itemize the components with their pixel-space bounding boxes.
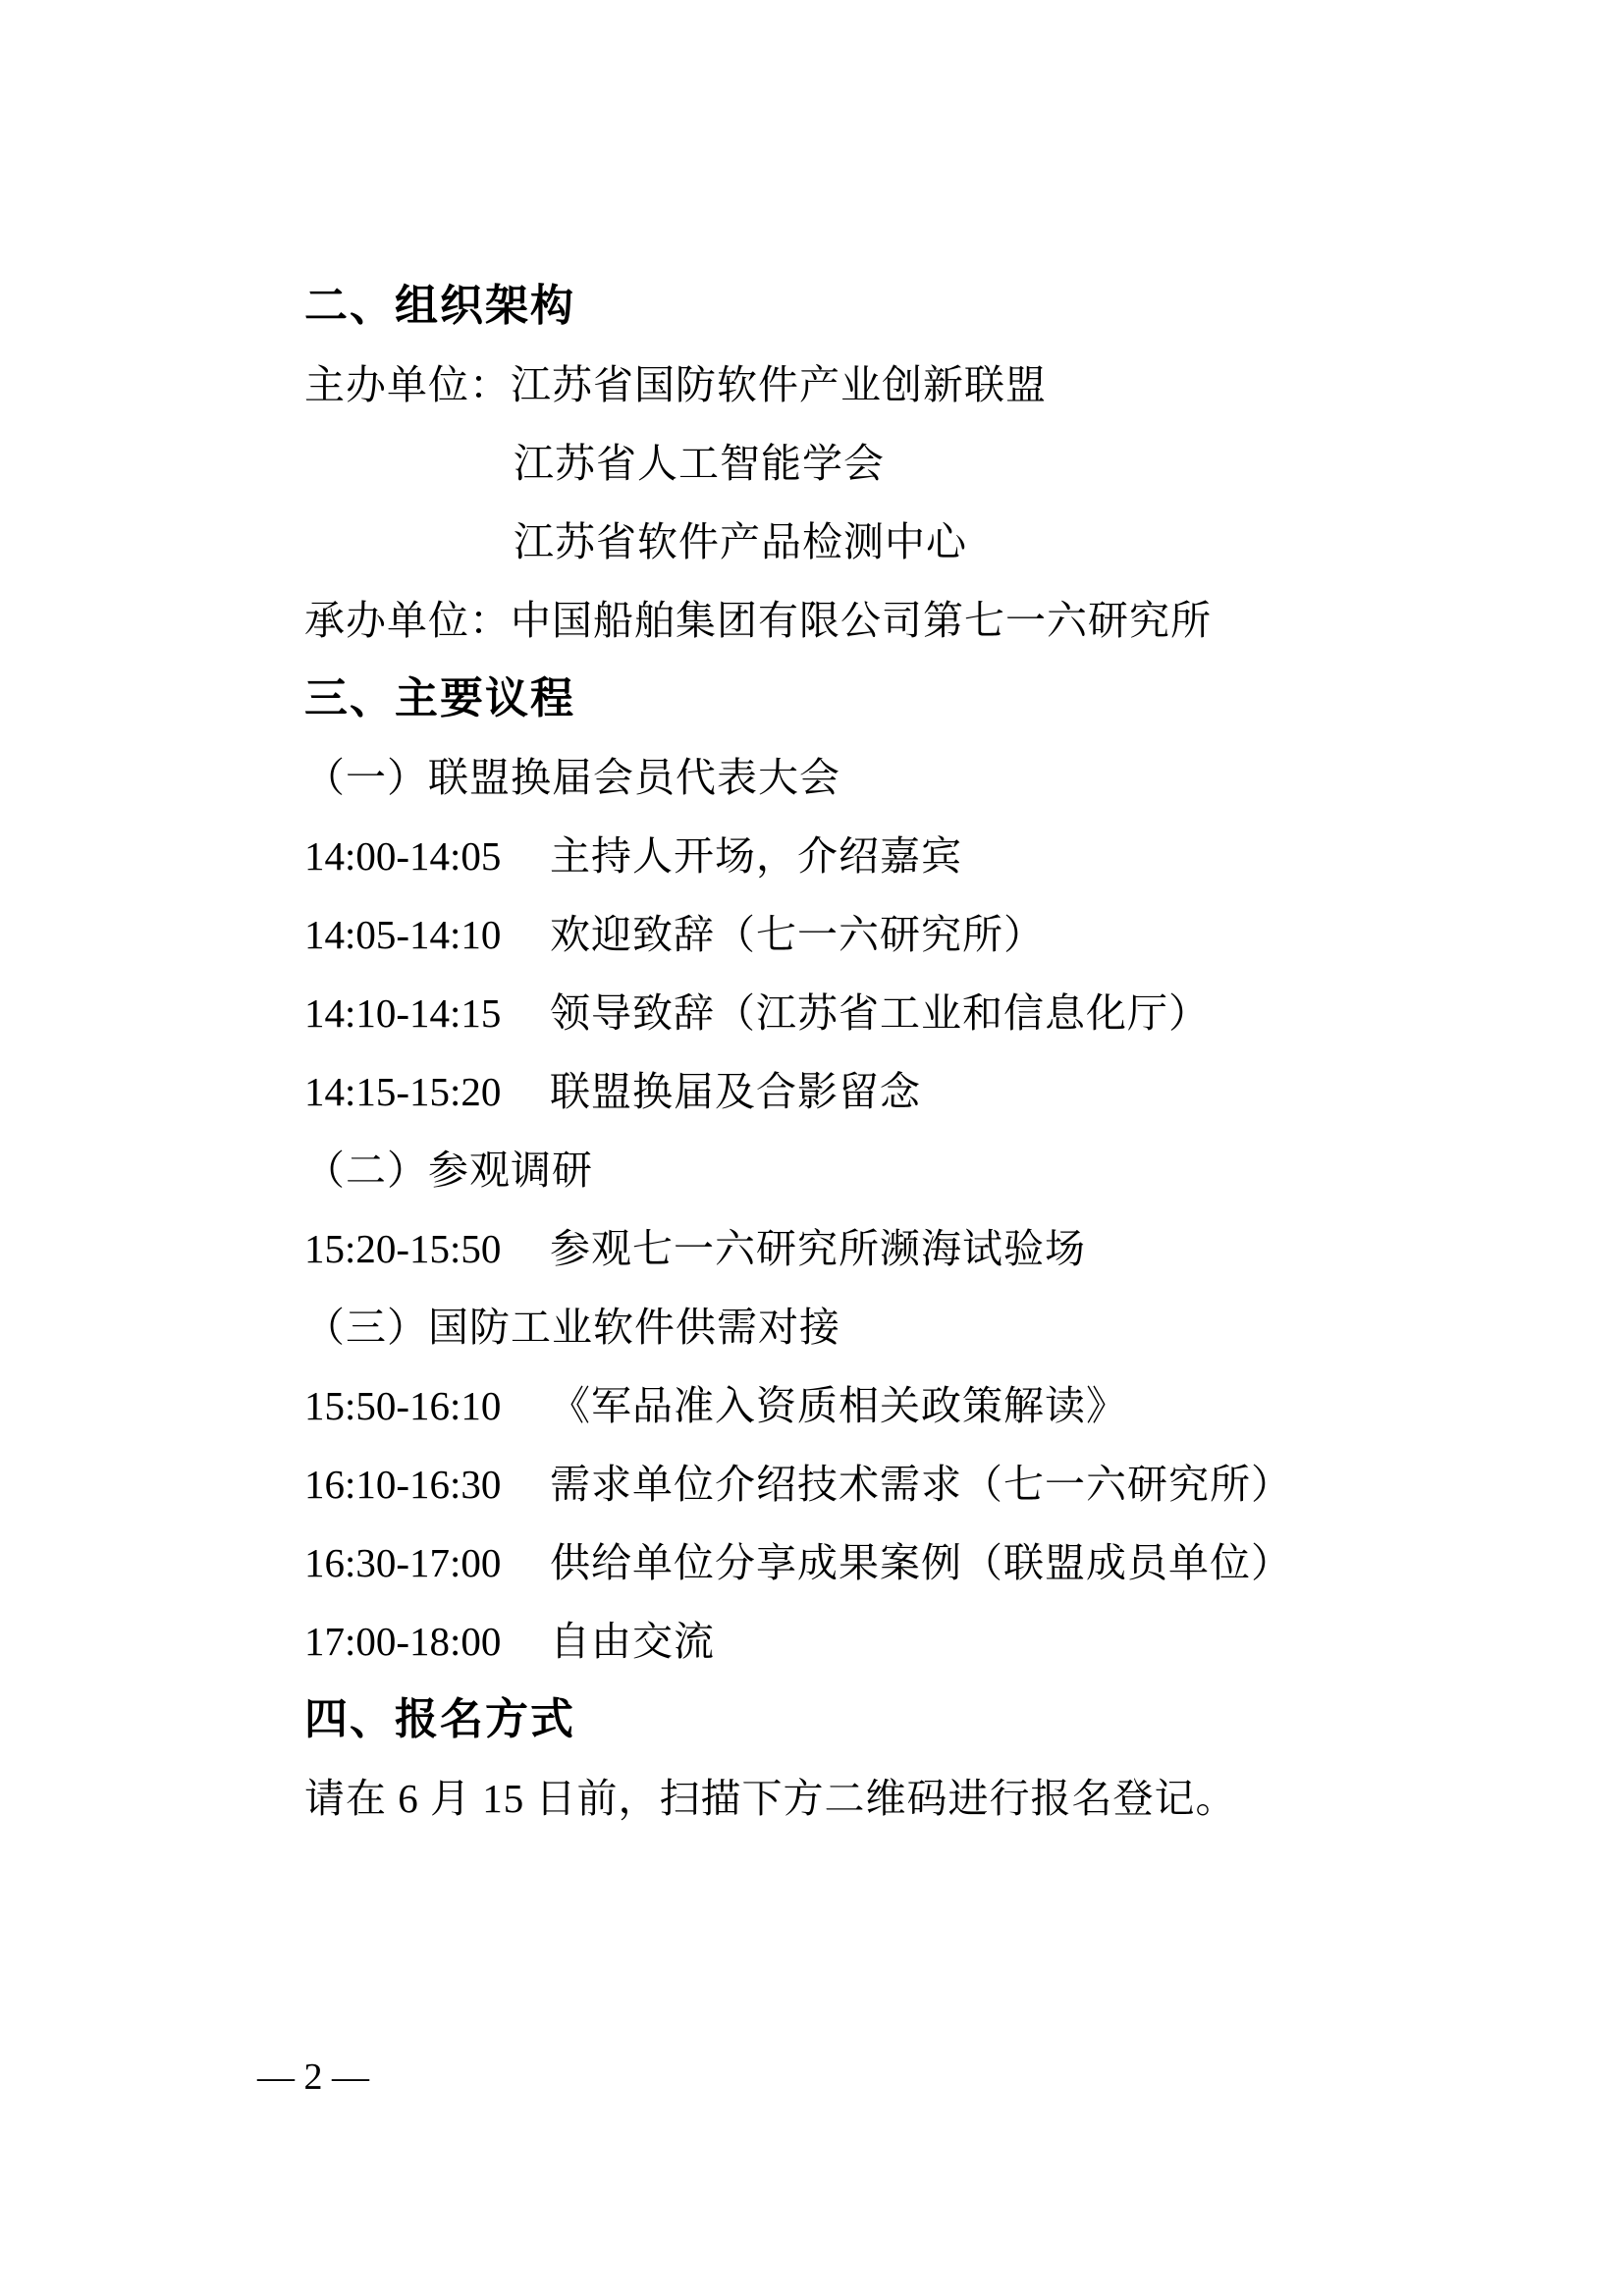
agenda-item: 15:50-16:10《军品准入资质相关政策解读》 bbox=[304, 1366, 1506, 1445]
host-name: 江苏省国防软件产业创新联盟 bbox=[511, 362, 1047, 407]
host-name: 江苏省人工智能学会 bbox=[514, 441, 885, 486]
document-content: 二、组织架构 主办单位：江苏省国防软件产业创新联盟 江苏省人工智能学会 江苏省软… bbox=[304, 267, 1506, 1838]
undertaker-line: 承办单位：中国船舶集团有限公司第七一六研究所 bbox=[304, 581, 1506, 660]
agenda-item-activity: 供给单位分享成果案例（联盟成员单位） bbox=[550, 1540, 1292, 1585]
document-page: 二、组织架构 主办单位：江苏省国防软件产业创新联盟 江苏省人工智能学会 江苏省软… bbox=[0, 0, 1624, 2296]
agenda-item-activity: 联盟换届及合影留念 bbox=[550, 1069, 921, 1114]
agenda-item-activity: 欢迎致辞（七一六研究所） bbox=[550, 912, 1045, 957]
agenda-item-time: 15:20-15:50 bbox=[304, 1209, 514, 1288]
undertaker-label: 承办单位： bbox=[304, 598, 511, 643]
host-name-line: 江苏省软件产品检测中心 bbox=[304, 503, 1506, 581]
agenda-item-activity: 主持人开场，介绍嘉宾 bbox=[550, 833, 962, 879]
agenda-item-activity: 参观七一六研究所濒海试验场 bbox=[550, 1226, 1086, 1271]
signup-instruction: 请在 6 月 15 日前，扫描下方二维码进行报名登记。 bbox=[304, 1759, 1506, 1838]
agenda-item-activity: 自由交流 bbox=[550, 1619, 715, 1664]
agenda-item-time: 15:50-16:10 bbox=[304, 1366, 514, 1445]
agenda-item: 14:00-14:05主持人开场，介绍嘉宾 bbox=[304, 817, 1506, 895]
agenda-item-activity: 需求单位介绍技术需求（七一六研究所） bbox=[550, 1462, 1292, 1507]
agenda-item-time: 14:10-14:15 bbox=[304, 974, 514, 1052]
section-heading-signup: 四、报名方式 bbox=[304, 1681, 1506, 1759]
host-label: 主办单位： bbox=[304, 362, 511, 407]
agenda-item: 14:10-14:15领导致辞（江苏省工业和信息化厅） bbox=[304, 974, 1506, 1052]
agenda-item-time: 14:05-14:10 bbox=[304, 895, 514, 974]
section-heading-agenda: 三、主要议程 bbox=[304, 660, 1506, 738]
host-name-line: 江苏省人工智能学会 bbox=[304, 424, 1506, 503]
agenda-item-activity: 领导致辞（江苏省工业和信息化厅） bbox=[550, 990, 1210, 1036]
section-heading-organization: 二、组织架构 bbox=[304, 267, 1506, 346]
agenda-item-time: 16:30-17:00 bbox=[304, 1523, 514, 1602]
agenda-subsection-title: （二）参观调研 bbox=[304, 1131, 1506, 1209]
agenda-item: 17:00-18:00自由交流 bbox=[304, 1602, 1506, 1681]
agenda-item: 16:30-17:00供给单位分享成果案例（联盟成员单位） bbox=[304, 1523, 1506, 1602]
agenda-subsection-title: （一）联盟换届会员代表大会 bbox=[304, 738, 1506, 817]
agenda-item: 16:10-16:30需求单位介绍技术需求（七一六研究所） bbox=[304, 1445, 1506, 1523]
agenda-item: 15:20-15:50参观七一六研究所濒海试验场 bbox=[304, 1209, 1506, 1288]
agenda-subsection-title: （三）国防工业软件供需对接 bbox=[304, 1288, 1506, 1366]
agenda-item-time: 14:15-15:20 bbox=[304, 1052, 514, 1131]
host-name: 江苏省软件产品检测中心 bbox=[514, 519, 967, 564]
page-number: — 2 — bbox=[257, 2054, 369, 2101]
undertaker-name: 中国船舶集团有限公司第七一六研究所 bbox=[511, 598, 1212, 643]
agenda-item: 14:15-15:20联盟换届及合影留念 bbox=[304, 1052, 1506, 1131]
agenda-item-time: 17:00-18:00 bbox=[304, 1602, 514, 1681]
agenda-item: 14:05-14:10欢迎致辞（七一六研究所） bbox=[304, 895, 1506, 974]
host-organizer-line: 主办单位：江苏省国防软件产业创新联盟 bbox=[304, 346, 1506, 424]
agenda-item-activity: 《军品准入资质相关政策解读》 bbox=[550, 1383, 1127, 1428]
agenda-item-time: 14:00-14:05 bbox=[304, 817, 514, 895]
agenda-item-time: 16:10-16:30 bbox=[304, 1445, 514, 1523]
